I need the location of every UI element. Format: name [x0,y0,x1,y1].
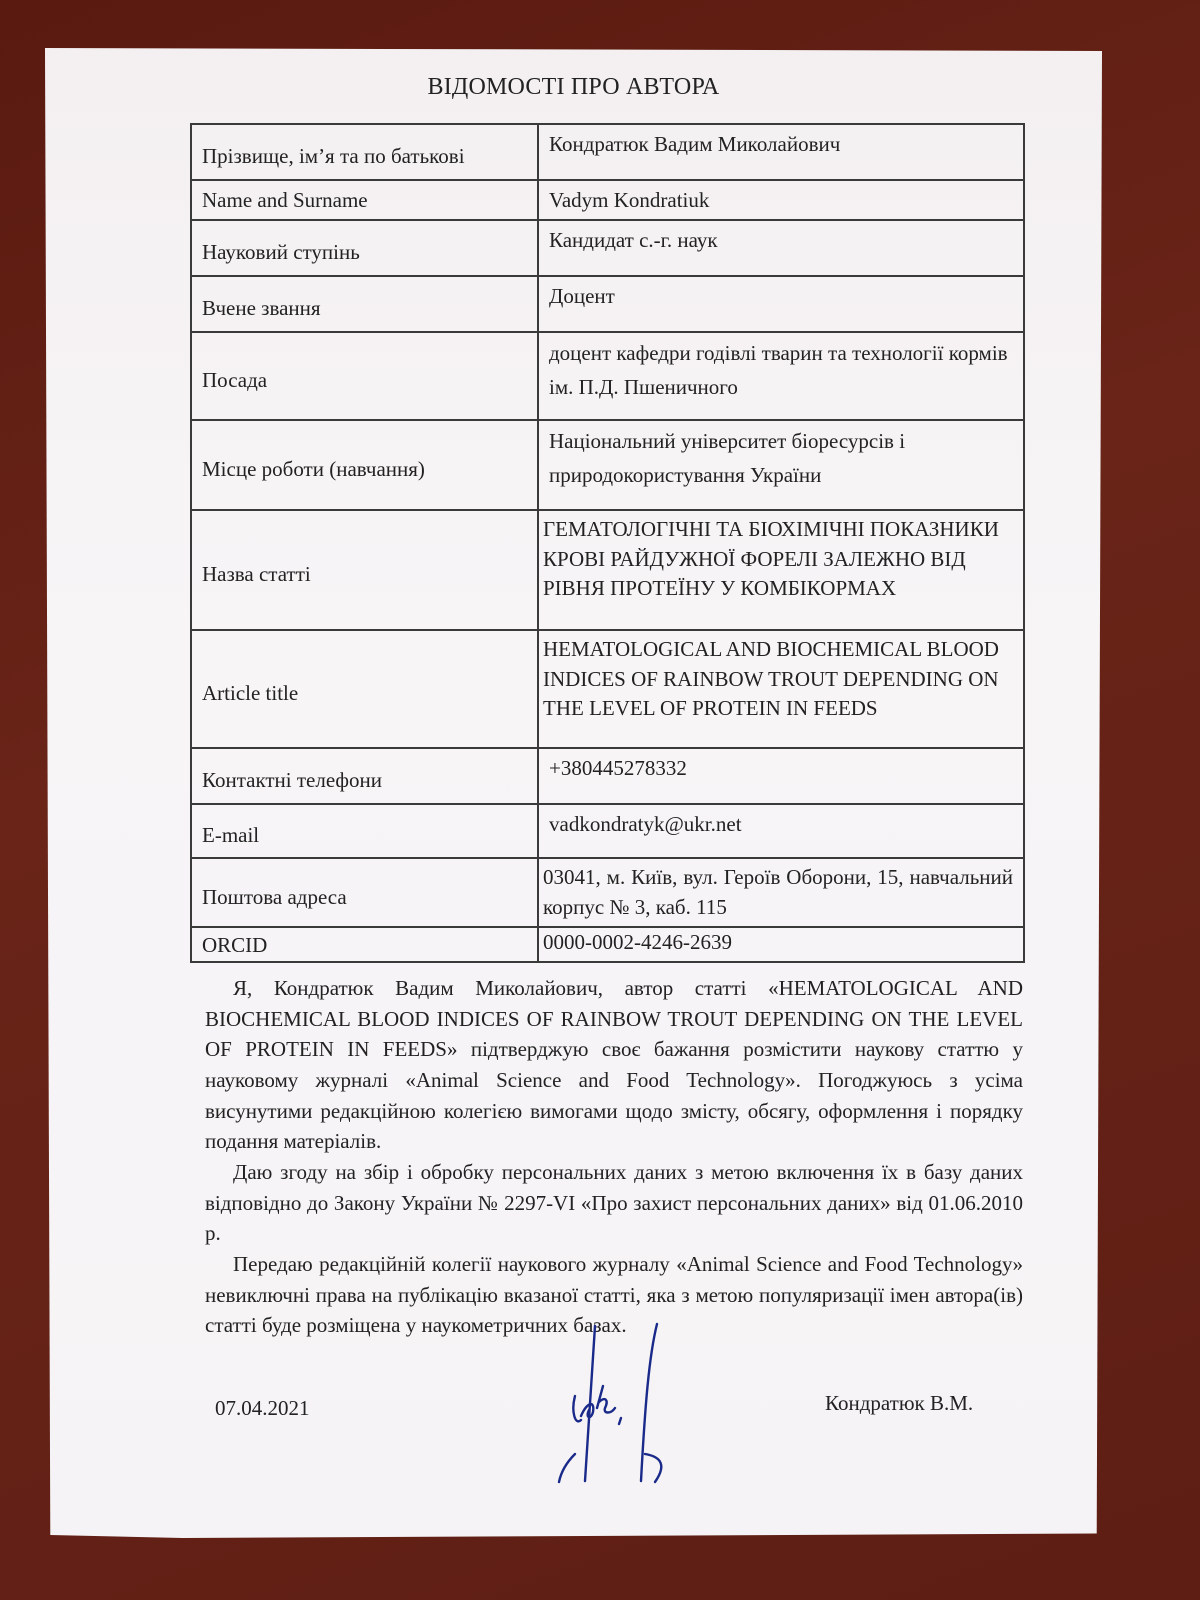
table-row: ORCID 0000-0002-4246-2639 [191,927,1024,961]
handwritten-signature-icon [545,1316,705,1486]
row-label: Контактні телефони [191,748,538,804]
paragraph-personal-data-consent: Даю згоду на збір і обробку персональних… [205,1157,1023,1249]
row-label: Науковий ступінь [191,220,538,276]
document-title: ВІДОМОСТІ ПРО АВТОРА [45,74,1102,101]
row-label: E-mail [191,804,538,858]
row-value: ГЕМАТОЛОГІЧНІ ТА БІОХІМІЧНІ ПОКАЗНИКИ КР… [538,510,1024,630]
table-row: Поштова адреса 03041, м. Київ, вул. Геро… [191,858,1024,927]
table-row: Article title HEMATOLOGICAL AND BIOCHEMI… [191,630,1024,748]
row-value: доцент кафедри годівлі тварин та техноло… [538,332,1024,420]
row-label: Назва статті [191,510,538,630]
row-value: HEMATOLOGICAL AND BIOCHEMICAL BLOOD INDI… [538,630,1024,748]
row-value: 0000-0002-4246-2639 [538,927,1024,961]
row-label: Поштова адреса [191,858,538,927]
author-info-table: Прізвище, ім’я та по батькові Кондратюк … [190,123,1025,963]
table-row: Науковий ступінь Кандидат с.-г. наук [191,220,1024,276]
row-label: Місце роботи (навчання) [191,420,538,510]
row-value: vadkondratyk@ukr.net [538,804,1024,858]
row-value: Доцент [538,276,1024,332]
row-value: Vadym Kondratiuk [538,180,1024,220]
paragraph-publication-request: Я, Кондратюк Вадим Миколайович, автор ст… [205,973,1023,1157]
table-row: Місце роботи (навчання) Національний уні… [191,420,1024,510]
table-row: Name and Surname Vadym Kondratiuk [191,180,1024,220]
table-row: Прізвище, ім’я та по батькові Кондратюк … [191,124,1024,180]
document-page: ВІДОМОСТІ ПРО АВТОРА Прізвище, ім’я та п… [45,48,1102,1538]
signature-date: 07.04.2021 [215,1396,310,1421]
row-value: Кандидат с.-г. наук [538,220,1024,276]
row-value: 03041, м. Київ, вул. Героїв Оборони, 15,… [538,858,1024,927]
row-value: +380445278332 [538,748,1024,804]
table-row: Контактні телефони +380445278332 [191,748,1024,804]
row-label: Посада [191,332,538,420]
row-label: Вчене звання [191,276,538,332]
row-label: Прізвище, ім’я та по батькові [191,124,538,180]
author-short-name: Кондратюк В.М. [825,1391,973,1416]
table-row: Посада доцент кафедри годівлі тварин та … [191,332,1024,420]
table-row: Вчене звання Доцент [191,276,1024,332]
row-label: ORCID [191,927,538,961]
row-label: Article title [191,630,538,748]
row-label: Name and Surname [191,180,538,220]
table-row: E-mail vadkondratyk@ukr.net [191,804,1024,858]
row-value: Національний університет біоресурсів і п… [538,420,1024,510]
consent-text: Я, Кондратюк Вадим Миколайович, автор ст… [205,973,1023,1341]
table-row: Назва статті ГЕМАТОЛОГІЧНІ ТА БІОХІМІЧНІ… [191,510,1024,630]
row-value: Кондратюк Вадим Миколайович [538,124,1024,180]
